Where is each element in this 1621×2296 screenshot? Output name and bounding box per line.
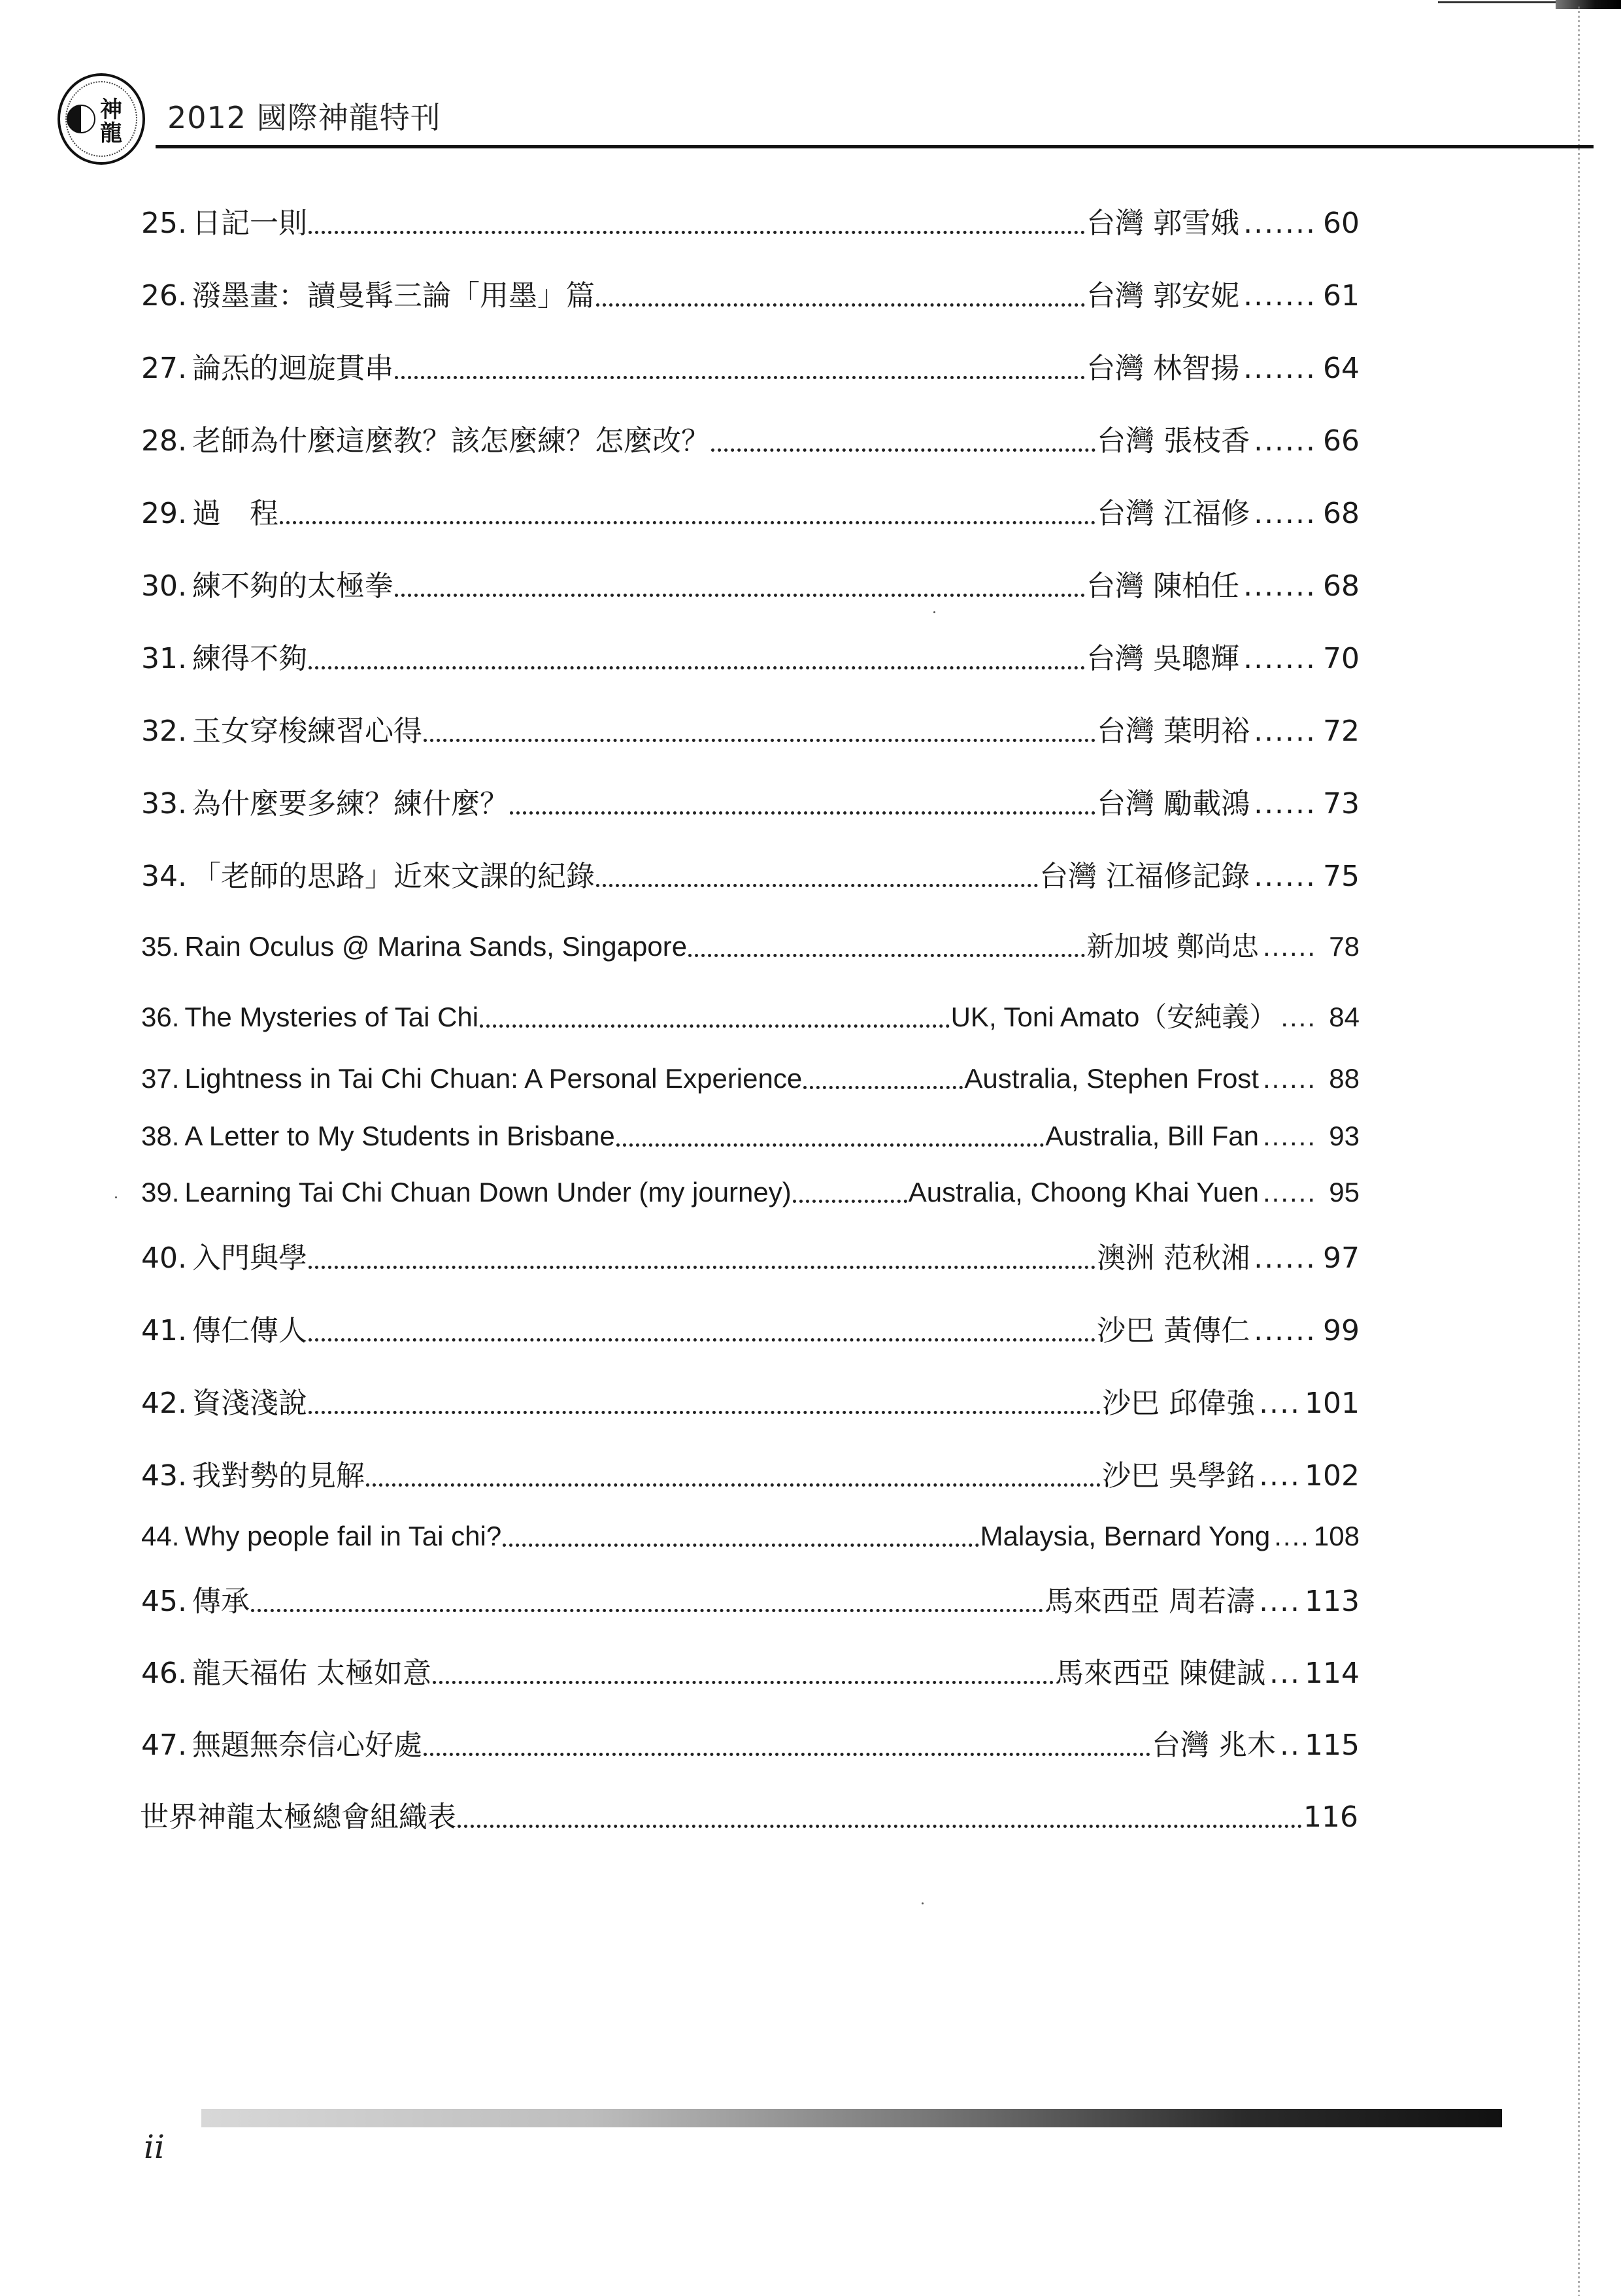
entry-title: 過 程 — [192, 494, 278, 533]
dot-leader — [309, 1338, 1095, 1342]
entry-number: 31. — [141, 639, 187, 679]
dot-leader-short: ....... — [1243, 349, 1316, 388]
dot-leader — [309, 231, 1085, 234]
entry-page: 101 — [1305, 1384, 1360, 1423]
entry-title: Why people fail in Tai chi? — [184, 1517, 501, 1556]
dot-leader — [510, 811, 1095, 815]
entry-page: 102 — [1305, 1457, 1360, 1496]
dot-leader — [458, 1825, 1302, 1828]
entry-author: 馬來西亞 周若濤 — [1044, 1582, 1255, 1621]
entry-title: 練得不夠 — [192, 639, 307, 679]
toc-entry[interactable]: 46. 龍天福佑 太極如意 馬來西亞 陳健誠 ... 114 — [141, 1654, 1360, 1693]
entry-page: 108 — [1314, 1517, 1360, 1556]
entry-number: 25. — [141, 204, 187, 243]
entry-page: 78 — [1320, 927, 1360, 966]
entry-page: 115 — [1305, 1726, 1360, 1765]
dot-leader-short: ...... — [1263, 1059, 1316, 1098]
dot-leader-short: ....... — [1243, 277, 1316, 316]
dot-leader-short: ...... — [1254, 785, 1316, 824]
dot-leader — [424, 1753, 1150, 1756]
entry-author: 台灣 勵載鴻 — [1097, 785, 1250, 824]
dot-leader — [433, 1681, 1054, 1684]
entry-author: 台灣 吳聰輝 — [1086, 639, 1239, 679]
entry-title: A Letter to My Students in Brisbane — [184, 1117, 614, 1156]
dot-leader-short: ....... — [1243, 204, 1316, 243]
entry-title: 為什麼要多練？練什麼？ — [192, 785, 509, 824]
toc-entry[interactable]: 45. 傳承 馬來西亞 周若濤 .... 113 — [141, 1582, 1360, 1621]
entry-author: 台灣 林智揚 — [1086, 349, 1239, 388]
entry-author: UK, Toni Amato（安純義） — [951, 998, 1277, 1037]
dot-leader-short: ...... — [1254, 857, 1316, 896]
entry-page: 68 — [1320, 567, 1360, 606]
dot-leader-short: ...... — [1254, 494, 1316, 533]
entry-number: 35. — [141, 927, 179, 966]
entry-page: 60 — [1320, 204, 1360, 243]
dot-leader — [596, 303, 1085, 307]
entry-number: 45. — [141, 1582, 187, 1621]
entry-page: 116 — [1303, 1798, 1358, 1837]
entry-title: 「老師的思路」近來文課的紀錄 — [192, 857, 595, 896]
dot-leader-short: ...... — [1254, 1239, 1316, 1278]
entry-author: 沙巴 黃傳仁 — [1097, 1311, 1250, 1351]
toc-entry[interactable]: 39. Learning Tai Chi Chuan Down Under (m… — [141, 1173, 1360, 1212]
entry-number: 32. — [141, 712, 187, 751]
toc-entry[interactable]: 37. Lightness in Tai Chi Chuan: A Person… — [141, 1059, 1360, 1098]
entry-number: 46. — [141, 1654, 187, 1693]
dot-leader-short: .... — [1259, 1457, 1301, 1496]
logo-text: 神 龍 — [97, 98, 125, 145]
toc-entry[interactable]: 34. 「老師的思路」近來文課的紀錄 台灣 江福修記錄 ...... 75 — [141, 857, 1360, 896]
entry-title: 潑墨畫：讀曼髯三論「用墨」篇 — [192, 277, 595, 316]
entry-author: 台灣 江福修 — [1097, 494, 1250, 533]
dot-leader-short: ...... — [1254, 422, 1316, 461]
dot-leader-short: .. — [1280, 1726, 1301, 1765]
entry-title: Rain Oculus @ Marina Sands, Singapore — [184, 927, 687, 966]
dot-leader-short: ....... — [1243, 567, 1316, 606]
dot-leader — [793, 1200, 907, 1203]
entry-title: 資淺淺說 — [192, 1384, 307, 1423]
entry-title: 無題無奈信心好處 — [192, 1726, 422, 1765]
toc-entry[interactable]: 38. A Letter to My Students in Brisbane … — [141, 1117, 1360, 1156]
entry-page: 64 — [1320, 349, 1360, 388]
toc-entry[interactable]: 27. 論炁的迴旋貫串 台灣 林智揚 ....... 64 — [141, 349, 1360, 388]
entry-author: 馬來西亞 陳健誠 — [1055, 1654, 1265, 1693]
entry-number: 30. — [141, 567, 187, 606]
yin-yang-icon — [67, 105, 95, 133]
entry-author: 台灣 張枝香 — [1097, 422, 1250, 461]
entry-page: 99 — [1320, 1311, 1360, 1351]
dot-leader — [395, 594, 1085, 597]
entry-title: 龍天福佑 太極如意 — [192, 1654, 431, 1693]
dot-leader — [309, 666, 1085, 669]
entry-number: 28. — [141, 422, 187, 461]
entry-title: 日記一則 — [192, 204, 307, 243]
dot-leader — [688, 954, 1085, 957]
entry-number: 33. — [141, 785, 187, 824]
dot-leader-short: ...... — [1263, 1117, 1316, 1156]
entry-page: 84 — [1320, 998, 1360, 1037]
entry-author: Australia, Stephen Frost — [964, 1059, 1259, 1098]
entry-number: 26. — [141, 277, 187, 316]
entry-title: 傳承 — [192, 1582, 250, 1621]
dot-leader — [480, 1024, 949, 1028]
dot-leader — [596, 884, 1038, 887]
toc-entry[interactable]: 25. 日記一則 台灣 郭雪娥 ....... 60 — [141, 204, 1360, 243]
entry-title: 我對勢的見解 — [192, 1457, 365, 1496]
dot-leader — [366, 1483, 1101, 1487]
entry-page: 66 — [1320, 422, 1360, 461]
scan-edge-line — [1438, 1, 1569, 3]
entry-number: 29. — [141, 494, 187, 533]
entry-page: 93 — [1320, 1117, 1360, 1156]
entry-title: Lightness in Tai Chi Chuan: A Personal E… — [184, 1059, 802, 1098]
toc-entry[interactable]: 36. The Mysteries of Tai Chi UK, Toni Am… — [141, 998, 1360, 1037]
entry-author: Malaysia, Bernard Yong — [980, 1517, 1271, 1556]
dot-leader-short: ...... — [1254, 1311, 1316, 1351]
entry-page: 70 — [1320, 639, 1360, 679]
dot-leader — [424, 739, 1095, 742]
scan-speck — [922, 1902, 924, 1904]
entry-page: 113 — [1305, 1582, 1360, 1621]
entry-page: 88 — [1320, 1059, 1360, 1098]
entry-author: 台灣 兆木 — [1152, 1726, 1276, 1765]
toc-entry[interactable]: 26. 潑墨畫：讀曼髯三論「用墨」篇 台灣 郭安妮 ....... 61 — [141, 277, 1360, 316]
dot-leader-short: .... — [1259, 1582, 1301, 1621]
entry-number: 42. — [141, 1384, 187, 1423]
dot-leader — [711, 448, 1095, 452]
entry-author: 新加坡 鄭尚忠 — [1086, 927, 1259, 966]
publication-title: 2012 國際神龍特刊 — [167, 99, 441, 136]
footer-gradient-bar — [201, 2109, 1502, 2127]
entry-number: 43. — [141, 1457, 187, 1496]
toc-entry[interactable]: 42. 資淺淺說 沙巴 邱偉強 .... 101 — [141, 1384, 1360, 1423]
dot-leader — [309, 1411, 1101, 1414]
entry-number: 27. — [141, 349, 187, 388]
entry-author: 台灣 郭雪娥 — [1086, 204, 1239, 243]
toc-entry[interactable]: 31. 練得不夠 台灣 吳聰輝 ....... 70 — [141, 639, 1360, 679]
entry-title: 傳仁傳人 — [192, 1311, 307, 1351]
entry-number: 40. — [141, 1239, 187, 1278]
entry-page: 73 — [1320, 785, 1360, 824]
dot-leader-short: .... — [1259, 1384, 1301, 1423]
dragon-taichi-logo: 神 龍 — [58, 73, 145, 165]
toc-entry[interactable]: 29. 過 程 台灣 江福修 ...... 68 — [141, 494, 1360, 533]
dot-leader — [309, 1266, 1095, 1269]
toc-entry[interactable]: 47. 無題無奈信心好處 台灣 兆木 .. 115 — [141, 1726, 1360, 1765]
toc-entry[interactable]: 43. 我對勢的見解 沙巴 吳學銘 .... 102 — [141, 1457, 1360, 1496]
dot-leader — [280, 521, 1095, 524]
toc-entry[interactable]: 35. Rain Oculus @ Marina Sands, Singapor… — [141, 927, 1360, 966]
entry-page: 114 — [1305, 1654, 1360, 1693]
scan-speck — [933, 611, 935, 613]
scan-speck — [115, 1196, 117, 1198]
entry-number: 47. — [141, 1726, 187, 1765]
dot-leader-short: ...... — [1263, 1173, 1316, 1212]
header-rule — [156, 145, 1594, 148]
entry-number: 39. — [141, 1173, 179, 1212]
entry-author: Australia, Choong Khai Yuen — [909, 1173, 1259, 1212]
dot-leader-short: ...... — [1263, 927, 1316, 966]
dot-leader-short: ...... — [1254, 712, 1316, 751]
entry-author: 台灣 郭安妮 — [1086, 277, 1239, 316]
entry-author: 沙巴 吳學銘 — [1102, 1457, 1255, 1496]
toc-entry[interactable]: 41. 傳仁傳人 沙巴 黃傳仁 ...... 99 — [141, 1311, 1360, 1351]
entry-number: 34. — [141, 857, 187, 896]
entry-title: 老師為什麼這麼教？該怎麼練？怎麼改？ — [192, 422, 710, 461]
scan-binding-edge — [1578, 7, 1580, 2296]
dot-leader — [616, 1143, 1044, 1147]
entry-number: 38. — [141, 1117, 179, 1156]
entry-page: 72 — [1320, 712, 1360, 751]
toc-entry[interactable]: 32. 玉女穿梭練習心得 台灣 葉明裕 ...... 72 — [141, 712, 1360, 751]
scan-edge-shadow — [1556, 0, 1621, 9]
dot-leader — [503, 1544, 978, 1547]
entry-author: 台灣 陳柏任 — [1086, 567, 1239, 606]
dot-leader-short: .... — [1280, 998, 1316, 1037]
entry-author: 沙巴 邱偉強 — [1102, 1384, 1255, 1423]
toc-entry[interactable]: 30. 練不夠的太極拳 台灣 陳柏任 ....... 68 — [141, 567, 1360, 606]
entry-number: 41. — [141, 1311, 187, 1351]
dot-leader — [803, 1086, 963, 1089]
toc-entry[interactable]: 40. 入門與學 澳洲 范秋湘 ...... 97 — [141, 1239, 1360, 1278]
entry-author: 澳洲 范秋湘 — [1097, 1239, 1250, 1278]
entry-page: 97 — [1320, 1239, 1360, 1278]
entry-title: The Mysteries of Tai Chi — [184, 998, 478, 1037]
dot-leader — [251, 1609, 1043, 1612]
entry-title: 世界神龍太極總會組織表 — [140, 1798, 456, 1837]
entry-title: 論炁的迴旋貫串 — [192, 349, 393, 388]
toc-entry[interactable]: 28. 老師為什麼這麼教？該怎麼練？怎麼改？ 台灣 張枝香 ...... 66 — [141, 422, 1360, 461]
entry-page: 95 — [1320, 1173, 1360, 1212]
entry-number: 37. — [141, 1059, 179, 1098]
entry-title: 玉女穿梭練習心得 — [192, 712, 422, 751]
dot-leader-short: ....... — [1243, 639, 1316, 679]
entry-author: Australia, Bill Fan — [1045, 1117, 1259, 1156]
entry-author: 台灣 葉明裕 — [1097, 712, 1250, 751]
entry-page: 61 — [1320, 277, 1360, 316]
dot-leader-short: ... — [1269, 1654, 1301, 1693]
entry-page: 75 — [1320, 857, 1360, 896]
dot-leader — [395, 376, 1085, 379]
logo-char-1: 神 — [97, 98, 125, 122]
entry-number: 36. — [141, 998, 179, 1037]
entry-page: 68 — [1320, 494, 1360, 533]
toc-entry-organization-chart[interactable]: 世界神龍太極總會組織表 116 — [140, 1798, 1358, 1837]
logo-char-2: 龍 — [97, 122, 125, 145]
toc-entry[interactable]: 44. Why people fail in Tai chi? Malaysia… — [141, 1517, 1360, 1556]
page-header: 神 龍 2012 國際神龍特刊 — [58, 73, 1541, 165]
entry-title: 練不夠的太極拳 — [192, 567, 393, 606]
entry-author: 台灣 江福修記錄 — [1039, 857, 1250, 896]
toc-entry[interactable]: 33. 為什麼要多練？練什麼？ 台灣 勵載鴻 ...... 73 — [141, 785, 1360, 824]
entry-title: Learning Tai Chi Chuan Down Under (my jo… — [184, 1173, 791, 1212]
entry-title: 入門與學 — [192, 1239, 307, 1278]
page-number: ii — [144, 2128, 165, 2166]
entry-number: 44. — [141, 1517, 179, 1556]
dot-leader-short: .... — [1274, 1517, 1310, 1556]
